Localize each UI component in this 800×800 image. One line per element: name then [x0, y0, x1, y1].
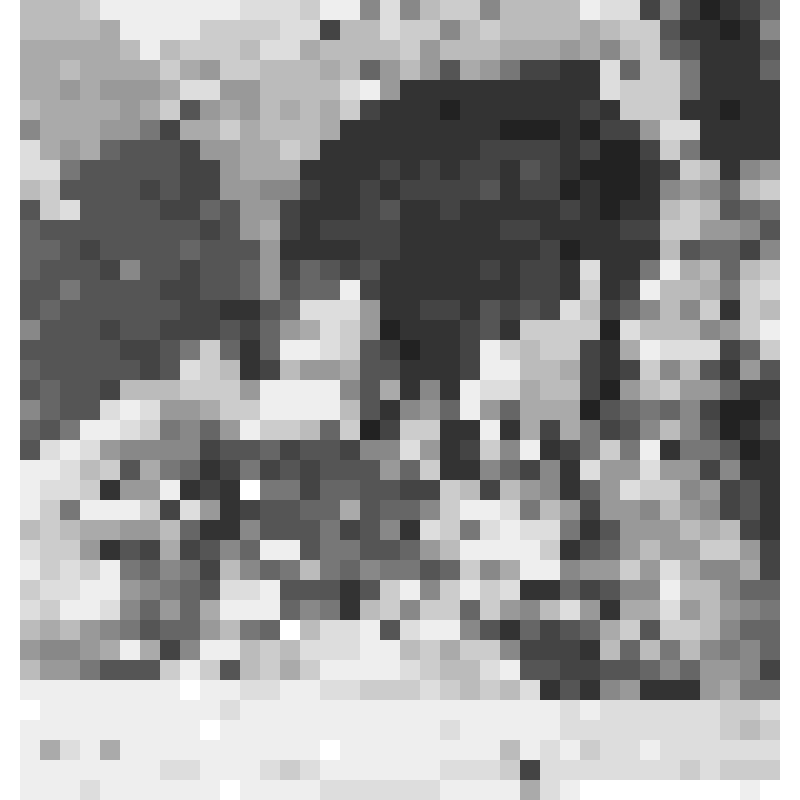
screenshot-root — [0, 0, 800, 800]
pixelated-image-canvas — [0, 0, 800, 800]
